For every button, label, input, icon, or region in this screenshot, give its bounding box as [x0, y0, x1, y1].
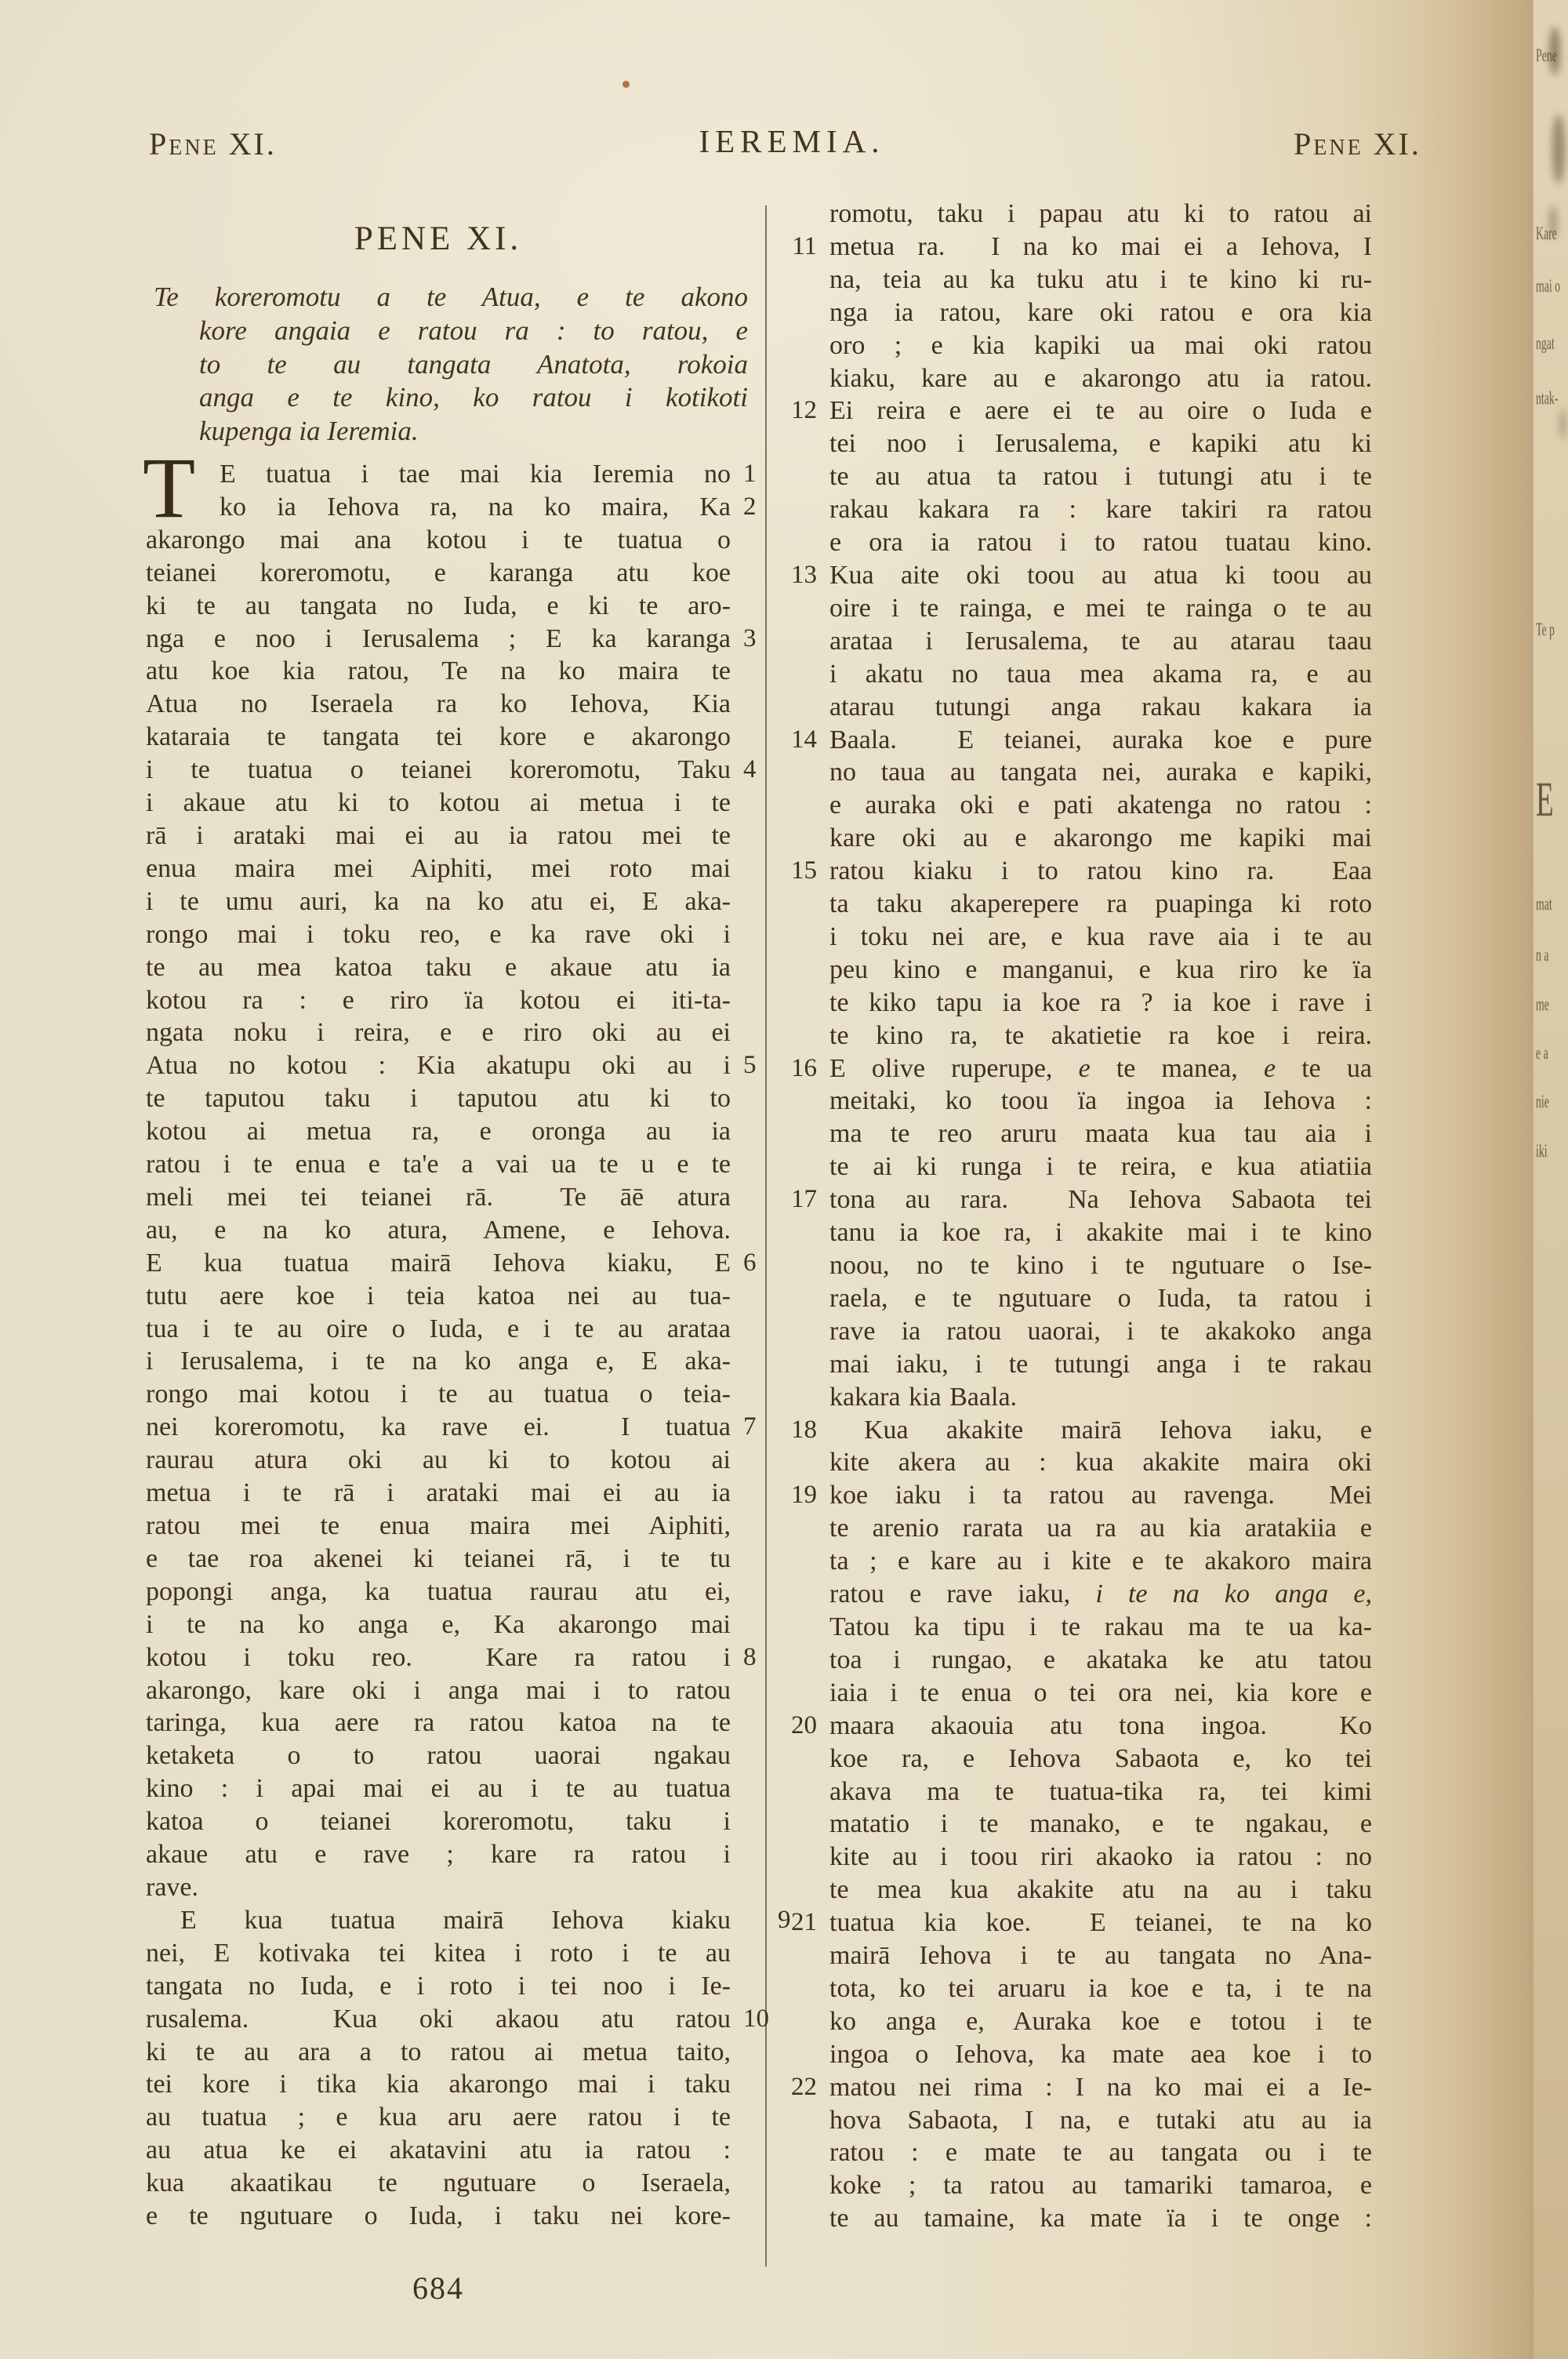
verse-number: 11	[792, 231, 817, 264]
text-line: te mea kua akakite atu na au i taku	[829, 1874, 1372, 1906]
edge-text-fragment: Te p	[1536, 620, 1555, 640]
text-line: katoa o teianei koreromotu, taku i	[146, 1805, 731, 1838]
text-line: kiaku, kare au e akarongo atu ia ratou.	[829, 362, 1372, 395]
text-line: teianei koreromotu, e karanga atu koe	[146, 557, 731, 590]
text-line: koe iaku i ta ratou au ravenga. Mei19	[829, 1479, 1372, 1512]
line-text: ketaketa o to ratou uaorai ngakau	[146, 1741, 731, 1770]
book-page-scan: Pene XI. IEREMIA. Pene XI. PENE XI. Te k…	[0, 0, 1568, 2359]
line-text: tota, ko tei aruaru ia koe e ta, i te na	[829, 1974, 1372, 2003]
edge-text-fragment: ngat	[1536, 333, 1555, 354]
line-text: akava ma te tuatua-tika ra, tei kimi	[829, 1777, 1372, 1806]
text-line: ratou : e mate te au tangata ou i te	[829, 2136, 1372, 2169]
verse-number: 3	[743, 623, 757, 656]
line-text: te au atua ta ratou i tutungi atu i te	[829, 462, 1372, 491]
chapter-heading: PENE XI.	[146, 220, 731, 258]
line-text: te au mea katoa taku e akaue atu ia	[146, 953, 731, 982]
verse-number: 10	[743, 2003, 769, 2036]
line-text: meli mei tei teianei rā. Te āē atura	[146, 1183, 731, 1212]
text-line: metua i te rā i arataki mai ei au ia	[146, 1477, 731, 1510]
edge-text-fragment: nie	[1536, 1092, 1549, 1112]
line-text: ngata noku i reira, e e riro oki au ei	[146, 1018, 731, 1047]
text-line: ratou e rave iaku, i te na ko anga e,	[829, 1578, 1372, 1611]
text-line: metua ra. I na ko mai ei a Iehova, I11	[829, 231, 1372, 264]
text-line: tutu aere koe i teia katoa nei au tua-	[146, 1280, 731, 1313]
line-text: taringa, kua aere ra ratou katoa na te	[146, 1708, 731, 1737]
line-text: nga ia ratou, kare oki ratou e ora kia	[829, 298, 1372, 327]
line-text: e te ngutuare o Iuda, i taku nei kore-	[146, 2201, 731, 2230]
line-text: Baala. E teianei, auraka koe e pure	[829, 725, 1372, 754]
text-line: e auraka oki e pati akatenga no ratou :	[829, 789, 1372, 822]
text-line: nei, E kotivaka tei kitea i roto i te au	[146, 1937, 731, 1970]
verse-number: 12	[791, 394, 817, 427]
line-text: kite au i toou riri akaoko ia ratou : no	[829, 1842, 1372, 1871]
text-line: nga ia ratou, kare oki ratou e ora kia	[829, 296, 1372, 329]
running-head-right: Pene XI.	[1294, 125, 1421, 162]
text-line: i akaue atu ki to kotou ai metua i te	[146, 787, 731, 820]
line-text: arataa i Ierusalema, te au atarau taau	[829, 627, 1372, 656]
text-line: rave ia ratou uaorai, i te akakoko anga	[829, 1315, 1372, 1348]
text-line: tota, ko tei aruaru ia koe e ta, i te na	[829, 1972, 1372, 2005]
line-text: Ei reira e aere ei te au oire o Iuda e	[829, 396, 1372, 425]
text-line: kotou ai metua ra, e oronga au ia	[146, 1115, 731, 1148]
text-line: taringa, kua aere ra ratou katoa na te	[146, 1707, 731, 1739]
verse-number: 8	[743, 1641, 757, 1674]
text-line: Te koreromotu a te Atua, e te akono	[154, 281, 748, 314]
text-line: kua akaatikau te ngutuare o Iseraela,	[146, 2167, 731, 2200]
text-line: ma te reo aruru maata kua tau aia i	[829, 1118, 1372, 1150]
text-line: e te ngutuare o Iuda, i taku nei kore-	[146, 2200, 731, 2233]
text-line: akarongo, kare oki i anga mai i to ratou	[146, 1674, 731, 1707]
verse-number: 20	[791, 1710, 817, 1743]
line-text: kare oki au e akarongo me kapiki mai	[829, 823, 1372, 852]
text-line: tangata no Iuda, e i roto i tei noo i Ie…	[146, 1970, 731, 2003]
line-text: oire i te rainga, e mei te rainga o te a…	[829, 594, 1372, 623]
line-text: peu kino e manganui, e kua riro ke ïa	[829, 955, 1372, 984]
line-text: kore angaia e ratou ra : to ratou, e	[199, 315, 748, 346]
line-text: akaue atu e rave ; kare ra ratou i	[146, 1840, 731, 1869]
line-text: popongi anga, ka tuatua raurau atu ei,	[146, 1577, 731, 1606]
text-line: Kua aite oki toou au atua ki toou au13	[829, 559, 1372, 592]
text-line: tanu ia koe ra, i akakite mai i te kino	[829, 1216, 1372, 1249]
line-text: au tuatua ; e kua aru aere ratou i te	[146, 2103, 731, 2132]
verse-number: 15	[791, 855, 817, 888]
line-text: atarau tutungi anga rakau kakara ia	[829, 692, 1372, 722]
text-line: kite au i toou riri akaoko ia ratou : no	[829, 1841, 1372, 1874]
left-column: T E tuatua i tae mai kia Ieremia no1ko i…	[146, 458, 731, 2233]
line-text: i Ierusalema, i te na ko anga e, E aka-	[146, 1347, 731, 1376]
line-text: raurau atura oki au ki to kotou ai	[146, 1445, 731, 1474]
text-line: i toku nei are, e kua rave aia i te au	[829, 921, 1372, 954]
line-text: mai iaku, i te tutungi anga i te rakau	[829, 1350, 1372, 1379]
text-line: i te tuatua o teianei koreromotu, Taku4	[146, 754, 731, 787]
text-line: kotou ra : e riro ïa kotou ei iti-ta-	[146, 984, 731, 1017]
line-text: koe iaku i ta ratou au ravenga. Mei	[829, 1481, 1372, 1510]
line-text: ratou i te enua e ta'e a vai ua te u e t…	[146, 1150, 731, 1179]
text-line: rongo mai i toku reo, e ka rave oki i	[146, 918, 731, 951]
line-text: mairā Iehova i te au tangata no Ana-	[829, 1941, 1372, 1970]
verse-number: 13	[791, 559, 817, 592]
text-line: au tuatua ; e kua aru aere ratou i te	[146, 2101, 731, 2134]
line-text: iaia i te enua o tei ora nei, kia kore e	[829, 1678, 1372, 1707]
line-text: te au tamaine, ka mate ïa i te onge :	[829, 2204, 1372, 2233]
text-line: mai iaku, i te tutungi anga i te rakau	[829, 1348, 1372, 1381]
line-text: tei noo i Ierusalema, e kapiki atu ki	[829, 429, 1372, 458]
running-head-book-title: IEREMIA.	[596, 122, 988, 160]
line-text: E tuatua i tae mai kia Ieremia no	[220, 460, 731, 489]
verse-number: 2	[743, 491, 757, 524]
line-text: rakau kakara ra : kare takiri ra ratou	[829, 495, 1372, 524]
line-text: rusalema. Kua oki akaou atu ratou	[146, 2005, 731, 2034]
line-text: tangata no Iuda, e i roto i tei noo i Ie…	[146, 1972, 731, 2001]
text-line: meli mei tei teianei rā. Te āē atura	[146, 1181, 731, 1214]
line-text: koe ra, e Iehova Sabaota e, ko tei	[829, 1744, 1372, 1773]
text-line: te taputou taku i taputou atu ki to	[146, 1082, 731, 1115]
line-text: rave ia ratou uaorai, i te akakoko anga	[829, 1317, 1372, 1346]
text-line: koe ra, e Iehova Sabaota e, ko tei	[829, 1743, 1372, 1776]
text-line: matou nei rima : I na ko mai ei a Ie-22	[829, 2071, 1372, 2104]
line-text: tona au rara. Na Iehova Sabaota tei	[829, 1185, 1372, 1214]
text-line: E olive ruperupe, e te manea, e te ua16	[829, 1052, 1372, 1085]
text-line: Atua no Iseraela ra ko Iehova, Kia	[146, 688, 731, 721]
verse-number: 9	[743, 1904, 791, 1937]
text-line: kino : i apai mai ei au i te au tuatua	[146, 1772, 731, 1805]
line-text: matou nei rima : I na ko mai ei a Ie-	[829, 2073, 1372, 2102]
line-text: oro ; e kia kapiki ua mai oki ratou	[829, 331, 1372, 360]
verse-number: 1	[743, 458, 757, 491]
text-line: noou, no te kino i te ngutuare o Ise-	[829, 1249, 1372, 1282]
line-text: nei koreromotu, ka rave ei. I tuatua	[146, 1412, 731, 1441]
right-column: romotu, taku i papau atu ki to ratou aim…	[829, 198, 1372, 2235]
text-line: rusalema. Kua oki akaou atu ratou10	[146, 2003, 731, 2036]
text-line: ratou i te enua e ta'e a vai ua te u e t…	[146, 1148, 731, 1181]
text-line: Ei reira e aere ei te au oire o Iuda e12	[829, 394, 1372, 427]
text-line: akarongo mai ana kotou i te tuatua o	[146, 524, 731, 557]
text-line: i Ierusalema, i te na ko anga e, E aka-	[146, 1345, 731, 1378]
text-line: e ora ia ratou i to ratou tuatau kino.	[829, 526, 1372, 559]
line-text: au atua ke ei akatavini atu ia ratou :	[146, 2135, 731, 2165]
line-text: te ai ki runga i te reira, e kua atiatii…	[829, 1152, 1372, 1181]
text-line: Tatou ka tipu i te rakau ma te ua ka-	[829, 1611, 1372, 1644]
line-text: maara akaouia atu tona ingoa. Ko	[829, 1711, 1372, 1740]
line-text: ingoa o Iehova, ka mate aea koe i to	[829, 2040, 1372, 2069]
line-text: kua akaatikau te ngutuare o Iseraela,	[146, 2168, 731, 2197]
line-text: Atua no kotou : Kia akatupu oki au i	[146, 1051, 731, 1080]
verse-number: 14	[791, 724, 817, 757]
text-line: E kua tuatua mairā Iehova kiaku9	[146, 1904, 731, 1937]
text-line: ki te au tangata no Iuda, e ki te aro-	[146, 590, 731, 623]
text-line: ko anga e, Auraka koe e totou i te	[829, 2005, 1372, 2038]
chapter-summary: Te koreromotu a te Atua, e te akonokore …	[154, 281, 748, 449]
text-line: meitaki, ko toou ïa ingoa ia Iehova :	[829, 1085, 1372, 1118]
text-line: au, e na ko atura, Amene, e Iehova.	[146, 1214, 731, 1247]
text-line: no taua au tangata nei, auraka e kapiki,	[829, 756, 1372, 789]
text-line: kare oki au e akarongo me kapiki mai	[829, 822, 1372, 855]
line-text: enua maira mei Aiphiti, mei roto mai	[146, 854, 731, 883]
text-line: ratou kiaku i to ratou kino ra. Eaa15	[829, 855, 1372, 888]
edge-text-fragment: mat	[1536, 894, 1552, 914]
line-text: Tatou ka tipu i te rakau ma te ua ka-	[829, 1612, 1372, 1641]
text-line: oro ; e kia kapiki ua mai oki ratou	[829, 329, 1372, 362]
line-text: ma te reo aruru maata kua tau aia i	[829, 1119, 1372, 1148]
line-text: rā i arataki mai ei au ia ratou mei te	[146, 821, 731, 850]
text-line: tei noo i Ierusalema, e kapiki atu ki	[829, 427, 1372, 460]
text-line: oire i te rainga, e mei te rainga o te a…	[829, 592, 1372, 625]
text-line: atarau tutungi anga rakau kakara ia	[829, 691, 1372, 724]
line-text: teianei koreromotu, e karanga atu koe	[146, 558, 731, 587]
line-text: rongo mai i toku reo, e ka rave oki i	[146, 920, 731, 949]
line-text: ta ; e kare au i kite e te akakoro maira	[829, 1547, 1372, 1576]
line-text: ratou mei te enua maira mei Aiphiti,	[146, 1511, 731, 1540]
line-text: nei, E kotivaka tei kitea i roto i te au	[146, 1939, 731, 1968]
text-line: raurau atura oki au ki to kotou ai	[146, 1444, 731, 1477]
line-text: no taua au tangata nei, auraka e kapiki,	[829, 758, 1372, 787]
verse-number: 22	[791, 2071, 817, 2104]
text-line: kataraia te tangata tei kore e akarongo	[146, 721, 731, 754]
edge-text-fragment: ntak-	[1536, 388, 1558, 409]
text-line: kotou i toku reo. Kare ra ratou i8	[146, 1641, 731, 1674]
text-line: matatio i te manako, e te ngakau, e	[829, 1808, 1372, 1841]
line-text: akarongo, kare oki i anga mai i to ratou	[146, 1676, 731, 1705]
line-text: toa i rungao, e akataka ke atu tatou	[829, 1645, 1372, 1674]
text-line: iaia i te enua o tei ora nei, kia kore e	[829, 1677, 1372, 1710]
line-text: koke ; ta ratou au tamariki tamaroa, e	[829, 2171, 1372, 2200]
line-text: ratou : e mate te au tangata ou i te	[829, 2138, 1372, 2167]
verse-number: 5	[743, 1049, 757, 1082]
text-line: toa i rungao, e akataka ke atu tatou	[829, 1644, 1372, 1677]
text-line: E tuatua i tae mai kia Ieremia no1	[146, 458, 731, 491]
text-line: kore angaia e ratou ra : to ratou, e	[154, 314, 748, 348]
text-line: ki te au ara a to ratou ai metua taito,	[146, 2036, 731, 2069]
text-line: anga e te kino, ko ratou i kotikoti	[154, 381, 748, 415]
text-line: ko ia Iehova ra, na ko maira, Ka2	[146, 491, 731, 524]
page-edge-stain	[1559, 408, 1566, 439]
text-line: Kua akakite mairā Iehova iaku, e18	[829, 1414, 1372, 1447]
verse-number: 16	[791, 1052, 817, 1085]
verse-number: 4	[743, 754, 757, 787]
text-line: E kua tuatua mairā Iehova kiaku, E6	[146, 1247, 731, 1280]
edge-text-fragment: iki	[1536, 1141, 1548, 1161]
text-line: kakara kia Baala.	[829, 1381, 1372, 1414]
line-text: rave.	[146, 1873, 198, 1902]
line-text: tuatua kia koe. E teianei, te na ko	[829, 1908, 1372, 1937]
text-line: te au tamaine, ka mate ïa i te onge :	[829, 2202, 1372, 2235]
line-text: te mea kua akakite atu na au i taku	[829, 1875, 1372, 1904]
text-line: ratou mei te enua maira mei Aiphiti,	[146, 1510, 731, 1543]
line-text: kite akera au : kua akakite maira oki	[829, 1448, 1372, 1477]
line-text: ki te au ara a to ratou ai metua taito,	[146, 2037, 731, 2066]
line-text: ki te au tangata no Iuda, e ki te aro-	[146, 591, 731, 620]
verse-number: 19	[791, 1479, 817, 1512]
text-line: te kino ra, te akatietie ra koe i reira.	[829, 1020, 1372, 1052]
line-text: metua i te rā i arataki mai ei au ia	[146, 1478, 731, 1507]
text-line: rave.	[146, 1871, 731, 1904]
text-line: ta ; e kare au i kite e te akakoro maira	[829, 1545, 1372, 1578]
line-text: metua ra. I na ko mai ei a Iehova, I	[829, 232, 1372, 261]
verse-number: 6	[743, 1247, 757, 1280]
text-line: Atua no kotou : Kia akatupu oki au i5	[146, 1049, 731, 1082]
text-line: hova Sabaota, I na, e tutaki atu au ia	[829, 2104, 1372, 2137]
text-line: mairā Iehova i te au tangata no Ana-	[829, 1939, 1372, 1972]
next-page-fore-edge: PeneKaremai ongatntak-Te pEmatn amee ani…	[1533, 0, 1568, 2359]
line-text: i akaue atu ki to kotou ai metua i te	[146, 788, 731, 817]
line-text: kakara kia Baala.	[829, 1383, 1017, 1412]
line-text: raela, e te ngutuare o Iuda, ta ratou i	[829, 1284, 1372, 1313]
column-divider-rule	[765, 205, 767, 2266]
text-line: peu kino e manganui, e kua riro ke ïa	[829, 954, 1372, 987]
text-line: raela, e te ngutuare o Iuda, ta ratou i	[829, 1282, 1372, 1315]
line-text: tutu aere koe i teia katoa nei au tua-	[146, 1281, 731, 1310]
text-line: ngata noku i reira, e e riro oki au ei	[146, 1016, 731, 1049]
line-text: te arenio rarata ua ra au kia aratakiia …	[829, 1514, 1372, 1543]
text-line: atu koe kia ratou, Te na ko maira te	[146, 655, 731, 688]
text-line: tona au rara. Na Iehova Sabaota tei17	[829, 1183, 1372, 1216]
text-line: nga e noo i Ierusalema ; E ka karanga3	[146, 623, 731, 656]
text-line: ingoa o Iehova, ka mate aea koe i to	[829, 2038, 1372, 2071]
line-text: e tae roa akenei ki teianei rā, i te tu	[146, 1544, 731, 1573]
page-edge-stain	[1552, 114, 1565, 184]
text-line: enua maira mei Aiphiti, mei roto mai	[146, 852, 731, 885]
text-line: koke ; ta ratou au tamariki tamaroa, e	[829, 2169, 1372, 2202]
text-line: nei koreromotu, ka rave ei. I tuatua7	[146, 1411, 731, 1444]
line-text: hova Sabaota, I na, e tutaki atu au ia	[829, 2106, 1372, 2135]
edge-text-fragment: mai o	[1536, 276, 1560, 296]
line-text: noou, no te kino i te ngutuare o Ise-	[829, 1251, 1372, 1280]
line-text: to te au tangata Anatota, rokoia	[199, 349, 748, 380]
line-text: kupenga ia Ieremia.	[199, 416, 419, 446]
text-line: popongi anga, ka tuatua raurau atu ei,	[146, 1576, 731, 1608]
line-text: nga e noo i Ierusalema ; E ka karanga	[146, 624, 731, 653]
text-line: romotu, taku i papau atu ki to ratou ai	[829, 198, 1372, 231]
edge-text-fragment: E	[1536, 772, 1554, 828]
line-text: i toku nei are, e kua rave aia i te au	[829, 922, 1372, 951]
text-line: akava ma te tuatua-tika ra, tei kimi	[829, 1776, 1372, 1808]
text-line: kupenga ia Ieremia.	[154, 415, 748, 449]
text-line: to te au tangata Anatota, rokoia	[154, 348, 748, 382]
text-line: tei kore i tika kia akarongo mai i taku	[146, 2068, 731, 2101]
text-line: rongo mai kotou i te au tuatua o teia-	[146, 1378, 731, 1411]
edge-text-fragment: n a	[1536, 945, 1548, 965]
text-line: au atua ke ei akatavini atu ia ratou :	[146, 2134, 731, 2167]
line-text: ko anga e, Auraka koe e totou i te	[829, 2007, 1372, 2036]
line-text: meitaki, ko toou ïa ingoa ia Iehova :	[829, 1086, 1372, 1115]
text-line: tua i te au oire o Iuda, e i te au arata…	[146, 1313, 731, 1346]
line-text: Atua no Iseraela ra ko Iehova, Kia	[146, 689, 731, 718]
page-curl-shadow	[1424, 0, 1534, 2359]
line-text: i te na ko anga e, Ka akarongo mai	[146, 1610, 731, 1639]
edge-text-fragment: Kare	[1536, 224, 1557, 244]
text-line: rakau kakara ra : kare takiri ra ratou	[829, 493, 1372, 526]
line-text: tei kore i tika kia akarongo mai i taku	[146, 2070, 731, 2099]
line-text: te kino ra, te akatietie ra koe i reira.	[829, 1021, 1372, 1050]
verse-number: 7	[743, 1411, 757, 1444]
text-line: te kiko tapu ia koe ra ? ia koe i rave i	[829, 987, 1372, 1020]
line-text: E olive ruperupe, e te manea, e te ua	[829, 1054, 1372, 1083]
line-text: i te tuatua o teianei koreromotu, Taku	[146, 755, 731, 784]
verse-number: 18	[757, 1414, 817, 1447]
line-text: katoa o teianei koreromotu, taku i	[146, 1807, 731, 1836]
text-line: arataa i Ierusalema, te au atarau taau	[829, 625, 1372, 658]
text-line: kite akera au : kua akakite maira oki	[829, 1446, 1372, 1479]
text-line: rā i arataki mai ei au ia ratou mei te	[146, 820, 731, 852]
page-number: 684	[146, 2270, 731, 2306]
line-text: i akatu no taua mea akama ra, e au	[829, 660, 1372, 689]
ink-speck	[622, 81, 630, 88]
line-text: kino : i apai mai ei au i te au tuatua	[146, 1774, 731, 1803]
line-text: atu koe kia ratou, Te na ko maira te	[146, 656, 731, 685]
line-text: kiaku, kare au e akarongo atu ia ratou.	[829, 364, 1372, 393]
text-line: te arenio rarata ua ra au kia aratakiia …	[829, 1512, 1372, 1545]
line-text: ratou kiaku i to ratou kino ra. Eaa	[829, 856, 1372, 885]
edge-text-fragment: e a	[1536, 1043, 1548, 1063]
line-text: te kiko tapu ia koe ra ? ia koe i rave i	[829, 988, 1372, 1017]
verse-number: 17	[791, 1183, 817, 1216]
line-text: tua i te au oire o Iuda, e i te au arata…	[146, 1314, 731, 1343]
text-line: e tae roa akenei ki teianei rā, i te tu	[146, 1543, 731, 1576]
text-line: ketaketa o to ratou uaorai ngakau	[146, 1739, 731, 1772]
line-text: ta taku akaperepere ra puapinga ki roto	[829, 889, 1372, 918]
line-text: Kua akakite mairā Iehova iaku, e	[864, 1416, 1372, 1445]
edge-text-fragment: me	[1536, 994, 1549, 1015]
text-line: tuatua kia koe. E teianei, te na ko21	[829, 1906, 1372, 1939]
text-line: na, teia au ka tuku atu i te kino ki ru-	[829, 264, 1372, 296]
edge-text-fragment: Pene	[1536, 45, 1557, 66]
line-text: Kua aite oki toou au atua ki toou au	[829, 561, 1372, 590]
text-line: maara akaouia atu tona ingoa. Ko20	[829, 1710, 1372, 1743]
line-text: e auraka oki e pati akatenga no ratou :	[829, 791, 1372, 820]
line-text: kotou i toku reo. Kare ra ratou i	[146, 1643, 731, 1672]
text-line: Baala. E teianei, auraka koe e pure14	[829, 724, 1372, 757]
line-text: E kua tuatua mairā Iehova kiaku	[180, 1906, 731, 1935]
line-text: romotu, taku i papau atu ki to ratou ai	[829, 199, 1372, 228]
line-text: e ora ia ratou i to ratou tuatau kino.	[829, 528, 1372, 557]
line-text: matatio i te manako, e te ngakau, e	[829, 1809, 1372, 1838]
line-text: tanu ia koe ra, i akakite mai i te kino	[829, 1218, 1372, 1247]
line-text: kotou ra : e riro ïa kotou ei iti-ta-	[146, 986, 731, 1015]
text-line: akaue atu e rave ; kare ra ratou i	[146, 1838, 731, 1871]
line-text: te taputou taku i taputou atu ki to	[146, 1084, 731, 1113]
text-line: te au mea katoa taku e akaue atu ia	[146, 951, 731, 984]
line-text: Te koreromotu a te Atua, e te akono	[154, 282, 748, 312]
line-text: rongo mai kotou i te au tuatua o teia-	[146, 1379, 731, 1408]
running-head-left: Pene XI.	[149, 125, 277, 162]
line-text: E kua tuatua mairā Iehova kiaku, E	[146, 1249, 731, 1278]
line-text: i te umu auri, ka na ko atu ei, E aka-	[146, 887, 731, 916]
line-text: anga e te kino, ko ratou i kotikoti	[199, 382, 748, 413]
line-text: au, e na ko atura, Amene, e Iehova.	[146, 1216, 731, 1245]
line-text: na, teia au ka tuku atu i te kino ki ru-	[829, 265, 1372, 294]
line-text: ratou e rave iaku, i te na ko anga e,	[829, 1579, 1372, 1608]
text-line: te ai ki runga i te reira, e kua atiatii…	[829, 1150, 1372, 1183]
text-line: ta taku akaperepere ra puapinga ki roto	[829, 888, 1372, 921]
text-line: i akatu no taua mea akama ra, e au	[829, 658, 1372, 691]
line-text: ko ia Iehova ra, na ko maira, Ka	[220, 493, 731, 522]
line-text: kataraia te tangata tei kore e akarongo	[146, 722, 731, 751]
line-text: kotou ai metua ra, e oronga au ia	[146, 1117, 731, 1146]
text-line: te au atua ta ratou i tutungi atu i te	[829, 460, 1372, 493]
text-line: i te umu auri, ka na ko atu ei, E aka-	[146, 885, 731, 918]
text-line: i te na ko anga e, Ka akarongo mai	[146, 1608, 731, 1641]
verse-number: 21	[791, 1906, 817, 1939]
line-text: akarongo mai ana kotou i te tuatua o	[146, 525, 731, 554]
